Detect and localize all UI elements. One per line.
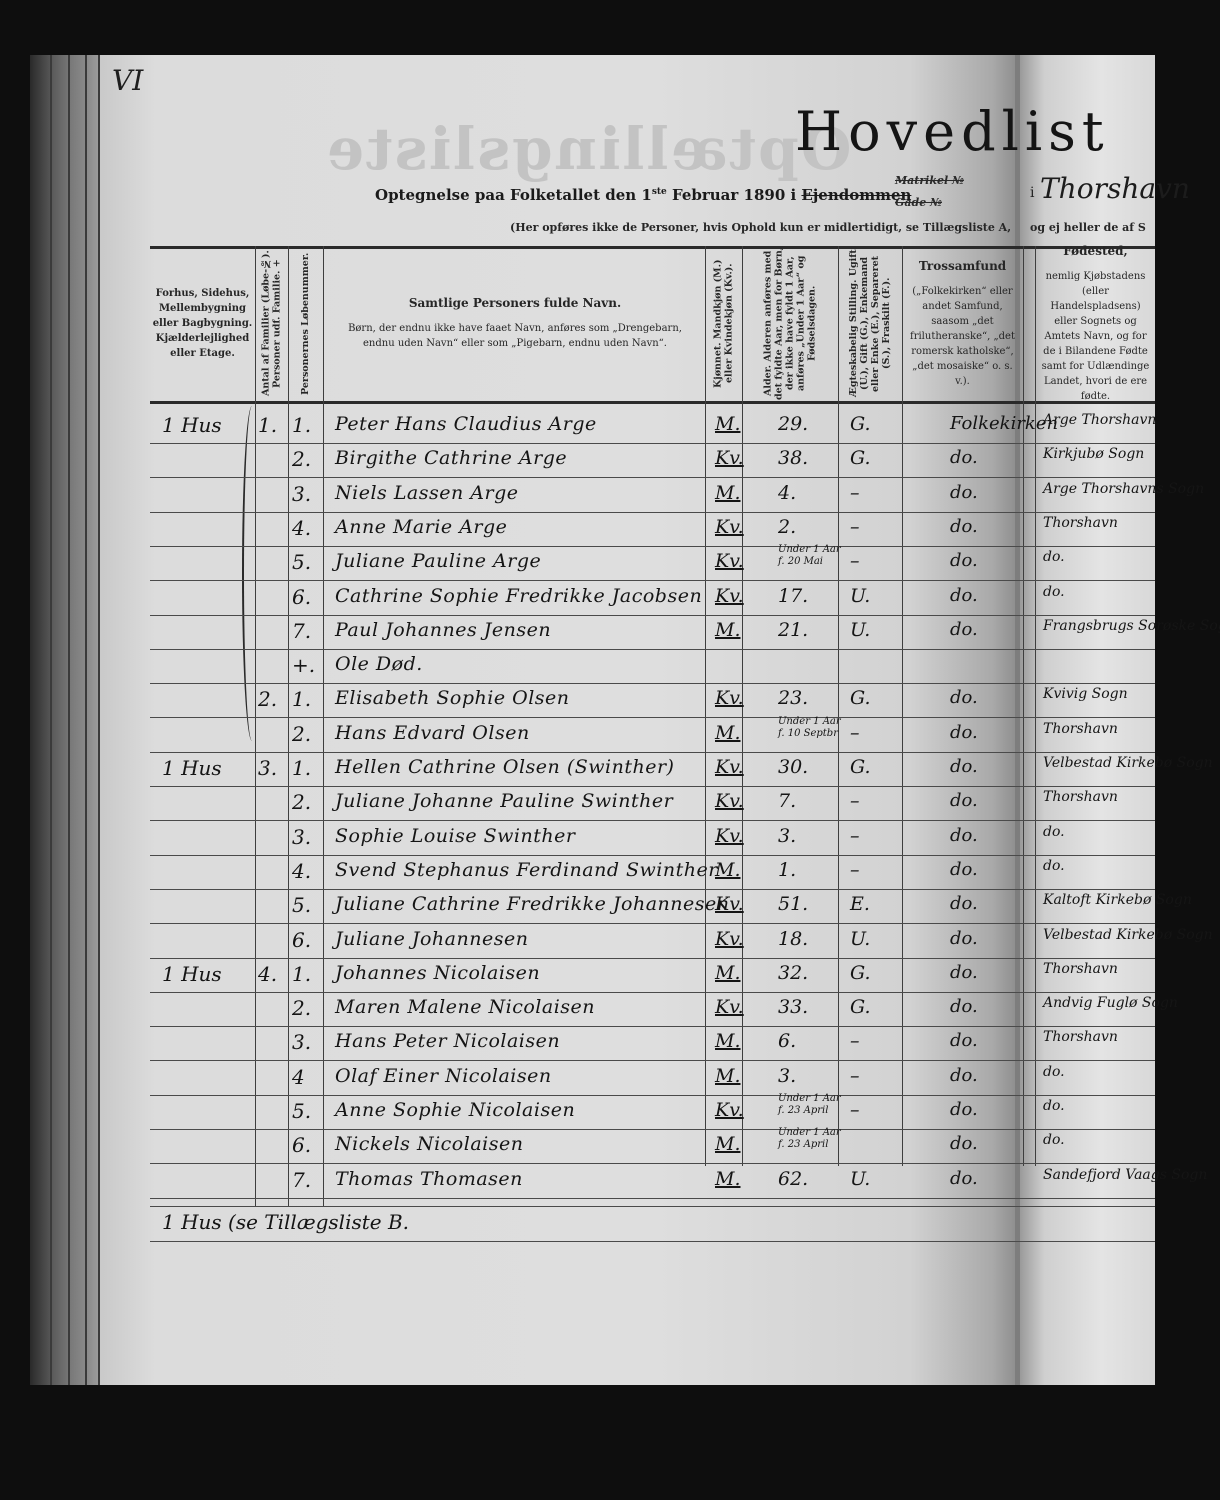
person-number-cell: 2.	[292, 447, 311, 471]
header-name-note: Børn, der endnu ikke have faaet Navn, an…	[340, 321, 690, 351]
birthplace-cell: Frangsbrugs Sorøske Sogn	[1043, 619, 1155, 634]
birthplace-cell: Kvivig Sogn	[1043, 687, 1155, 702]
bleed-through-text: Optællingsliste	[325, 115, 851, 183]
religion-cell: do.	[950, 482, 978, 503]
person-number-cell: 2.	[292, 790, 311, 814]
sex-cell: Kv.	[715, 1099, 744, 1121]
header-birthplace: Fødested, nemlig Kjøbstadens (eller Hand…	[1038, 246, 1153, 401]
header-religion: Trossamfund („Folkekirken“ eller andet S…	[905, 246, 1020, 401]
person-number-cell: 2.	[292, 996, 311, 1020]
age-cell: Under 1 Aar f. 23 April	[778, 1093, 846, 1117]
person-number-cell: 5.	[292, 550, 311, 574]
sex-cell: Kv.	[715, 825, 744, 847]
subtitle-date: Februar 1890 i	[667, 186, 802, 204]
birthplace-cell: do.	[1043, 825, 1155, 840]
name-cell: Anne Marie Arge	[335, 516, 507, 538]
subtitle-prefix: Optegnelse paa Folketallet den 1	[375, 186, 652, 204]
person-number-cell: 3.	[292, 825, 311, 849]
header-religion-note: („Folkekirken“ eller andet Samfund, saas…	[905, 284, 1020, 389]
religion-cell: do.	[950, 722, 978, 743]
sex-cell: Kv.	[715, 687, 744, 709]
sex-cell: M.	[715, 962, 741, 984]
civil-status-cell: G.	[850, 447, 871, 469]
book-page-edges	[30, 55, 105, 1385]
sex-cell: Kv.	[715, 756, 744, 778]
table-row: 2.Maren Malene NicolaisenKv.33.G.do.Andv…	[150, 992, 1155, 1026]
birthplace-cell: Thorshavn	[1043, 516, 1155, 531]
religion-cell: do.	[950, 619, 978, 640]
sex-cell: Kv.	[715, 585, 744, 607]
birthplace-cell: Kirkjubø Sogn	[1043, 447, 1155, 462]
table-row: 6.Juliane JohannesenKv.18.U.do.Velbestad…	[150, 924, 1155, 958]
table-row: 2.Birgithe Cathrine ArgeKv.38.G.do.Kirkj…	[150, 443, 1155, 477]
person-number-cell: 5.	[292, 1099, 311, 1123]
religion-cell: do.	[950, 687, 978, 708]
birthplace-cell: Kaltoft Kirkebø Sogn	[1043, 893, 1155, 908]
name-cell: Elisabeth Sophie Olsen	[335, 687, 570, 709]
sex-cell: M.	[715, 1030, 741, 1052]
civil-status-cell: –	[850, 825, 860, 847]
instruction-note-continued: og ej heller de af S	[1030, 221, 1146, 234]
age-cell: 30.	[778, 756, 808, 778]
name-cell: Maren Malene Nicolaisen	[335, 996, 595, 1018]
name-cell: Sophie Louise Swinther	[335, 825, 575, 847]
matrikel-label: Matrikel №	[895, 170, 964, 192]
person-number-cell: 6.	[292, 585, 311, 609]
age-cell: Under 1 Aar f. 23 April	[778, 1127, 846, 1151]
header-birthplace-title: Fødested,	[1063, 244, 1127, 259]
sex-cell: M.	[715, 482, 741, 504]
table-row: 7.Paul Johannes JensenM.21.U.do.Frangsbr…	[150, 615, 1155, 649]
religion-cell: do.	[950, 516, 978, 537]
civil-status-cell: G.	[850, 687, 871, 709]
family-cell: 4.	[258, 962, 277, 986]
table-row: 1 Hus3.1.Hellen Cathrine Olsen (Swinther…	[150, 752, 1155, 786]
header-building: Forhus, Sidehus, Mellembygning eller Bag…	[150, 246, 255, 401]
table-row: 2.1.Elisabeth Sophie OlsenKv.23.G.do.Kvi…	[150, 683, 1155, 717]
family-cell: 3.	[258, 756, 277, 780]
table-row: +.Ole Død.	[150, 649, 1155, 683]
religion-cell: do.	[950, 996, 978, 1017]
religion-cell: do.	[950, 928, 978, 949]
birthplace-cell: do.	[1043, 859, 1155, 874]
civil-status-cell: U.	[850, 585, 870, 607]
place-prefix: i	[1030, 185, 1034, 201]
name-cell: Anne Sophie Nicolaisen	[335, 1099, 575, 1121]
name-cell: Juliane Pauline Arge	[335, 550, 541, 572]
person-number-cell: 7.	[292, 1168, 311, 1192]
religion-cell: do.	[950, 962, 978, 983]
age-cell: 3.	[778, 1065, 796, 1087]
table-row: 3.Sophie Louise SwintherKv.3.–do.do.	[150, 821, 1155, 855]
table-row: 4Olaf Einer NicolaisenM.3.–do.do.	[150, 1061, 1155, 1095]
name-cell: Peter Hans Claudius Arge	[335, 413, 597, 435]
age-cell: 23.	[778, 687, 808, 709]
name-cell: Johannes Nicolaisen	[335, 962, 540, 984]
house-cell: 1 Hus	[162, 962, 222, 986]
sex-cell: Kv.	[715, 447, 744, 469]
person-number-cell: 4.	[292, 516, 311, 540]
religion-cell: do.	[950, 1168, 978, 1189]
age-cell: 2.	[778, 516, 796, 538]
header-religion-title: Trossamfund	[919, 259, 1006, 274]
table-row: 1 Hus4.1.Johannes NicolaisenM.32.G.do.Th…	[150, 958, 1155, 992]
birthplace-cell: Thorshavn	[1043, 722, 1155, 737]
person-number-cell: 7.	[292, 619, 311, 643]
subtitle-sup: ste	[652, 187, 667, 197]
civil-status-cell: –	[850, 790, 860, 812]
table-row: 5.Anne Sophie NicolaisenKv.Under 1 Aar f…	[150, 1095, 1155, 1129]
birthplace-cell: Velbestad Kirkebø Sogn	[1043, 756, 1155, 771]
age-cell: 38.	[778, 447, 808, 469]
civil-status-cell: –	[850, 550, 860, 572]
sex-cell: Kv.	[715, 893, 744, 915]
table-row: 7.Thomas ThomasenM.62.U.do.Sandefjord Va…	[150, 1164, 1155, 1198]
sex-cell: M.	[715, 1168, 741, 1190]
civil-status-cell: –	[850, 859, 860, 881]
birthplace-cell: Velbestad Kirkebø Sogn	[1043, 928, 1155, 943]
table-row: 4.Svend Stephanus Ferdinand SwintherM.1.…	[150, 855, 1155, 889]
sex-cell: Kv.	[715, 550, 744, 572]
header-person-no: Personernes Løbenummer.	[288, 246, 323, 401]
birthplace-cell: Arge Thorshavns Sogn	[1043, 482, 1155, 497]
name-cell: Nickels Nicolaisen	[335, 1133, 523, 1155]
civil-status-cell: G.	[850, 962, 871, 984]
table-row: 4.Anne Marie ArgeKv.2.–do.Thorshavn	[150, 512, 1155, 546]
religion-cell: do.	[950, 893, 978, 914]
table-row: 3.Hans Peter NicolaisenM.6.–do.Thorshavn	[150, 1026, 1155, 1060]
table-row: 6.Nickels NicolaisenM.Under 1 Aar f. 23 …	[150, 1129, 1155, 1163]
sex-cell: M.	[715, 413, 741, 435]
person-number-cell: 1.	[292, 756, 311, 780]
table-row: 2.Hans Edvard OlsenM.Under 1 Aar f. 10 S…	[150, 718, 1155, 752]
religion-cell: Folkekirken	[950, 413, 1058, 434]
age-cell: 4.	[778, 482, 796, 504]
age-cell: Under 1 Aar f. 20 Mai	[778, 544, 846, 568]
religion-cell: do.	[950, 1030, 978, 1051]
civil-status-cell: –	[850, 722, 860, 744]
sex-cell: M.	[715, 1133, 741, 1155]
civil-status-cell: –	[850, 482, 860, 504]
person-number-cell: 4.	[292, 859, 311, 883]
religion-cell: do.	[950, 756, 978, 777]
census-subtitle: Optegnelse paa Folketallet den 1ste Febr…	[375, 186, 911, 204]
birthplace-cell: Andvig Fuglø Sogn	[1043, 996, 1155, 1011]
age-cell: 3.	[778, 825, 796, 847]
age-cell: 7.	[778, 790, 796, 812]
civil-status-cell: –	[850, 1065, 860, 1087]
religion-cell: do.	[950, 585, 978, 606]
civil-status-cell: U.	[850, 1168, 870, 1190]
sex-cell: M.	[715, 619, 741, 641]
name-cell: Birgithe Cathrine Arge	[335, 447, 567, 469]
person-number-cell: +.	[292, 653, 315, 677]
name-cell: Ole Død.	[335, 653, 423, 675]
birthplace-cell: do.	[1043, 1099, 1155, 1114]
religion-cell: do.	[950, 550, 978, 571]
birthplace-cell: do.	[1043, 1065, 1155, 1080]
name-cell: Juliane Cathrine Fredrikke Johannesen	[335, 893, 729, 915]
age-cell: 29.	[778, 413, 808, 435]
religion-cell: do.	[950, 1065, 978, 1086]
age-cell: 62.	[778, 1168, 808, 1190]
gade-label: Gade №	[895, 192, 964, 214]
header-birthplace-note: nemlig Kjøbstadens (eller Handelspladsen…	[1038, 269, 1153, 404]
place-name: Thorshavn	[1040, 172, 1190, 205]
scan-border-bottom	[0, 1385, 1220, 1500]
civil-status-cell: U.	[850, 928, 870, 950]
sex-cell: Kv.	[715, 996, 744, 1018]
person-number-cell: 2.	[292, 722, 311, 746]
age-cell: 33.	[778, 996, 808, 1018]
civil-status-cell: –	[850, 1030, 860, 1052]
family-cell: 1.	[258, 413, 277, 437]
age-cell: 32.	[778, 962, 808, 984]
name-cell: Paul Johannes Jensen	[335, 619, 551, 641]
civil-status-cell: G.	[850, 756, 871, 778]
person-number-cell: 1.	[292, 687, 311, 711]
sex-cell: Kv.	[715, 790, 744, 812]
age-cell: Under 1 Aar f. 10 Septbr	[778, 716, 846, 740]
family-cell: 2.	[258, 687, 277, 711]
header-civil: Ægteskabelig Stilling. Ugift (U.), Gift …	[838, 246, 902, 401]
civil-status-cell: –	[850, 516, 860, 538]
footer-note: 1 Hus (se Tillægsliste B.	[162, 1210, 409, 1234]
birthplace-cell: do.	[1043, 1133, 1155, 1148]
religion-cell: do.	[950, 825, 978, 846]
religion-cell: do.	[950, 1099, 978, 1120]
sex-cell: M.	[715, 1065, 741, 1087]
volume-mark: VI	[112, 64, 143, 97]
name-cell: Hellen Cathrine Olsen (Swinther)	[335, 756, 674, 778]
header-sex: Kjønnet. Mandkjøn (M.) eller Kvindekjøn …	[705, 246, 742, 401]
birthplace-cell: Thorshavn	[1043, 1030, 1155, 1045]
instruction-note: (Her opføres ikke de Personer, hvis Opho…	[510, 221, 1011, 234]
civil-status-cell: G.	[850, 996, 871, 1018]
age-cell: 21.	[778, 619, 808, 641]
age-cell: 1.	[778, 859, 796, 881]
civil-status-cell: U.	[850, 619, 870, 641]
birthplace-cell: Thorshavn	[1043, 790, 1155, 805]
name-cell: Juliane Johannesen	[335, 928, 528, 950]
name-cell: Hans Peter Nicolaisen	[335, 1030, 560, 1052]
birthplace-cell: Arge Thorshavn	[1043, 413, 1155, 428]
person-number-cell: 1.	[292, 413, 311, 437]
age-cell: 17.	[778, 585, 808, 607]
religion-cell: do.	[950, 790, 978, 811]
name-cell: Olaf Einer Nicolaisen	[335, 1065, 552, 1087]
name-cell: Juliane Johanne Pauline Swinther	[335, 790, 673, 812]
table-row: 3.Niels Lassen ArgeM.4.–do.Arge Thorshav…	[150, 478, 1155, 512]
name-cell: Cathrine Sophie Fredrikke Jacobsen	[335, 585, 702, 607]
birthplace-cell: do.	[1043, 585, 1155, 600]
age-cell: 51.	[778, 893, 808, 915]
person-number-cell: 4	[292, 1065, 305, 1089]
age-cell: 18.	[778, 928, 808, 950]
birthplace-cell: Sandefjord Vaags Sogn	[1043, 1168, 1155, 1183]
header-name: Samtlige Personers fulde Navn. Børn, der…	[340, 246, 690, 401]
house-cell: 1 Hus	[162, 413, 222, 437]
name-cell: Thomas Thomasen	[335, 1168, 523, 1190]
person-number-cell: 6.	[292, 1133, 311, 1157]
person-number-cell: 3.	[292, 1030, 311, 1054]
person-number-cell: 6.	[292, 928, 311, 952]
religion-cell: do.	[950, 1133, 978, 1154]
table-row: 6.Cathrine Sophie Fredrikke JacobsenKv.1…	[150, 581, 1155, 615]
table-row: 1 Hus1.1.Peter Hans Claudius ArgeM.29.G.…	[150, 409, 1155, 443]
person-number-cell: 5.	[292, 893, 311, 917]
header-age: Alder. Alderen anføres med det fyldte Aa…	[742, 246, 838, 401]
civil-status-cell: G.	[850, 413, 871, 435]
page-title: Hovedlist	[795, 100, 1110, 163]
sex-cell: M.	[715, 722, 741, 744]
table-row: 5.Juliane Pauline ArgeKv.Under 1 Aar f. …	[150, 546, 1155, 580]
birthplace-cell: do.	[1043, 550, 1155, 565]
sex-cell: Kv.	[715, 928, 744, 950]
birthplace-cell: Thorshavn	[1043, 962, 1155, 977]
person-number-cell: 3.	[292, 482, 311, 506]
name-cell: Niels Lassen Arge	[335, 482, 519, 504]
census-table: Forhus, Sidehus, Mellembygning eller Bag…	[150, 246, 1155, 1246]
header-family: Antal af Familier (Løbe-№). Personer udf…	[255, 246, 288, 401]
civil-status-cell: E.	[850, 893, 870, 915]
name-cell: Hans Edvard Olsen	[335, 722, 530, 744]
table-row: 2.Juliane Johanne Pauline SwintherKv.7.–…	[150, 786, 1155, 820]
sex-cell: M.	[715, 859, 741, 881]
civil-status-cell: –	[850, 1099, 860, 1121]
religion-cell: do.	[950, 859, 978, 880]
name-cell: Svend Stephanus Ferdinand Swinther	[335, 859, 718, 881]
house-cell: 1 Hus	[162, 756, 222, 780]
sex-cell: Kv.	[715, 516, 744, 538]
religion-cell: do.	[950, 447, 978, 468]
person-number-cell: 1.	[292, 962, 311, 986]
table-row: 5.Juliane Cathrine Fredrikke JohannesenK…	[150, 889, 1155, 923]
header-name-title: Samtlige Personers fulde Navn.	[409, 296, 621, 311]
age-cell: 6.	[778, 1030, 796, 1052]
address-bracket: Matrikel № Gade №	[895, 170, 964, 214]
